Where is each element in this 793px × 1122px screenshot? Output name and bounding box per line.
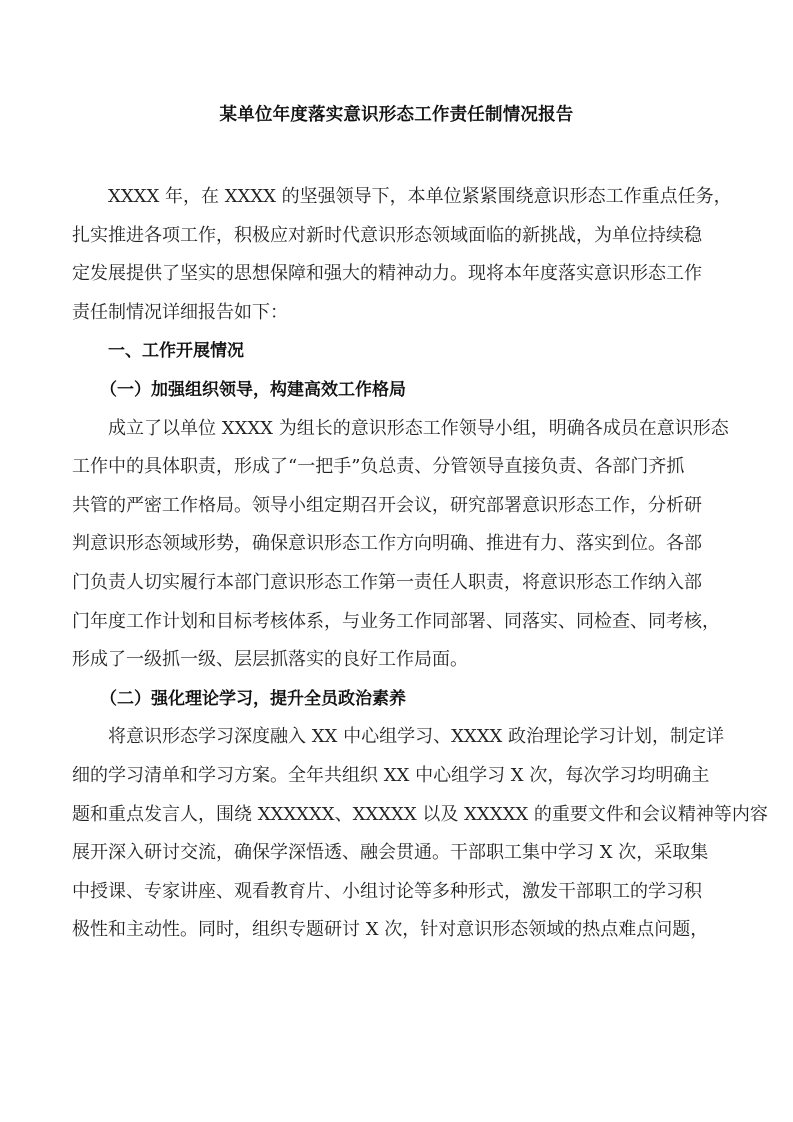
subsection-1-paragraph: 成立了以单位 XXXX 为组长的意识形态工作领导小组，明确各成员在意识形态 工作… [72,410,722,680]
text-line: 扎实推进各项工作，积极应对新时代意识形态领域面临的新挑战，为单位持续稳 [72,217,722,256]
intro-paragraph: XXXX 年，在 XXXX 的坚强领导下，本单位紧紧围绕意识形态工作重点任务， … [72,178,722,332]
text-line: 极性和主动性。同时，组织专题研讨 X 次，针对意识形态领域的热点难点问题， [72,911,722,950]
document-body: XXXX 年，在 XXXX 的坚强领导下，本单位紧紧围绕意识形态工作重点任务， … [72,178,722,950]
subsection-heading-2: （二）强化理论学习，提升全员政治素养 [72,680,722,719]
text-line: 细的学习清单和学习方案。全年共组织 XX 中心组学习 X 次，每次学习均明确主 [72,757,722,796]
document-title: 某单位年度落实意识形态工作责任制情况报告 [0,101,793,129]
text-line: 门年度工作计划和目标考核体系，与业务工作同部署、同落实、同检查、同考核， [72,603,722,642]
text-line: 题和重点发言人，围绕 XXXXXX、XXXXX 以及 XXXXX 的重要文件和会… [72,796,722,835]
subsection-2-paragraph: 将意识形态学习深度融入 XX 中心组学习、XXXX 政治理论学习计划，制定详 细… [72,718,722,950]
text-line: 判意识形态领域形势，确保意识形态工作方向明确、推进有力、落实到位。各部 [72,525,722,564]
text-line: 中授课、专家讲座、观看教育片、小组讨论等多种形式，激发干部职工的学习积 [72,873,722,912]
text-line: XXXX 年，在 XXXX 的坚强领导下，本单位紧紧围绕意识形态工作重点任务， [72,178,722,217]
section-heading-1: 一、工作开展情况 [72,332,722,371]
text-line: 形成了一级抓一级、层层抓落实的良好工作局面。 [72,641,722,680]
text-line: 将意识形态学习深度融入 XX 中心组学习、XXXX 政治理论学习计划，制定详 [72,718,722,757]
text-line: 定发展提供了坚实的思想保障和强大的精神动力。现将本年度落实意识形态工作 [72,255,722,294]
text-line: 门负责人切实履行本部门意识形态工作第一责任人职责，将意识形态工作纳入部 [72,564,722,603]
text-line: 成立了以单位 XXXX 为组长的意识形态工作领导小组，明确各成员在意识形态 [72,410,722,449]
subsection-heading-1: （一）加强组织领导，构建高效工作格局 [72,371,722,410]
text-line: 展开深入研讨交流，确保学深悟透、融会贯通。干部职工集中学习 X 次，采取集 [72,834,722,873]
document-page: 某单位年度落实意识形态工作责任制情况报告 XXXX 年，在 XXXX 的坚强领导… [0,0,793,1122]
text-line: 共管的严密工作格局。领导小组定期召开会议，研究部署意识形态工作，分析研 [72,487,722,526]
text-line: 工作中的具体职责，形成了“一把手”负总责、分管领导直接负责、各部门齐抓 [72,448,722,487]
text-line: 责任制情况详细报告如下： [72,294,722,333]
